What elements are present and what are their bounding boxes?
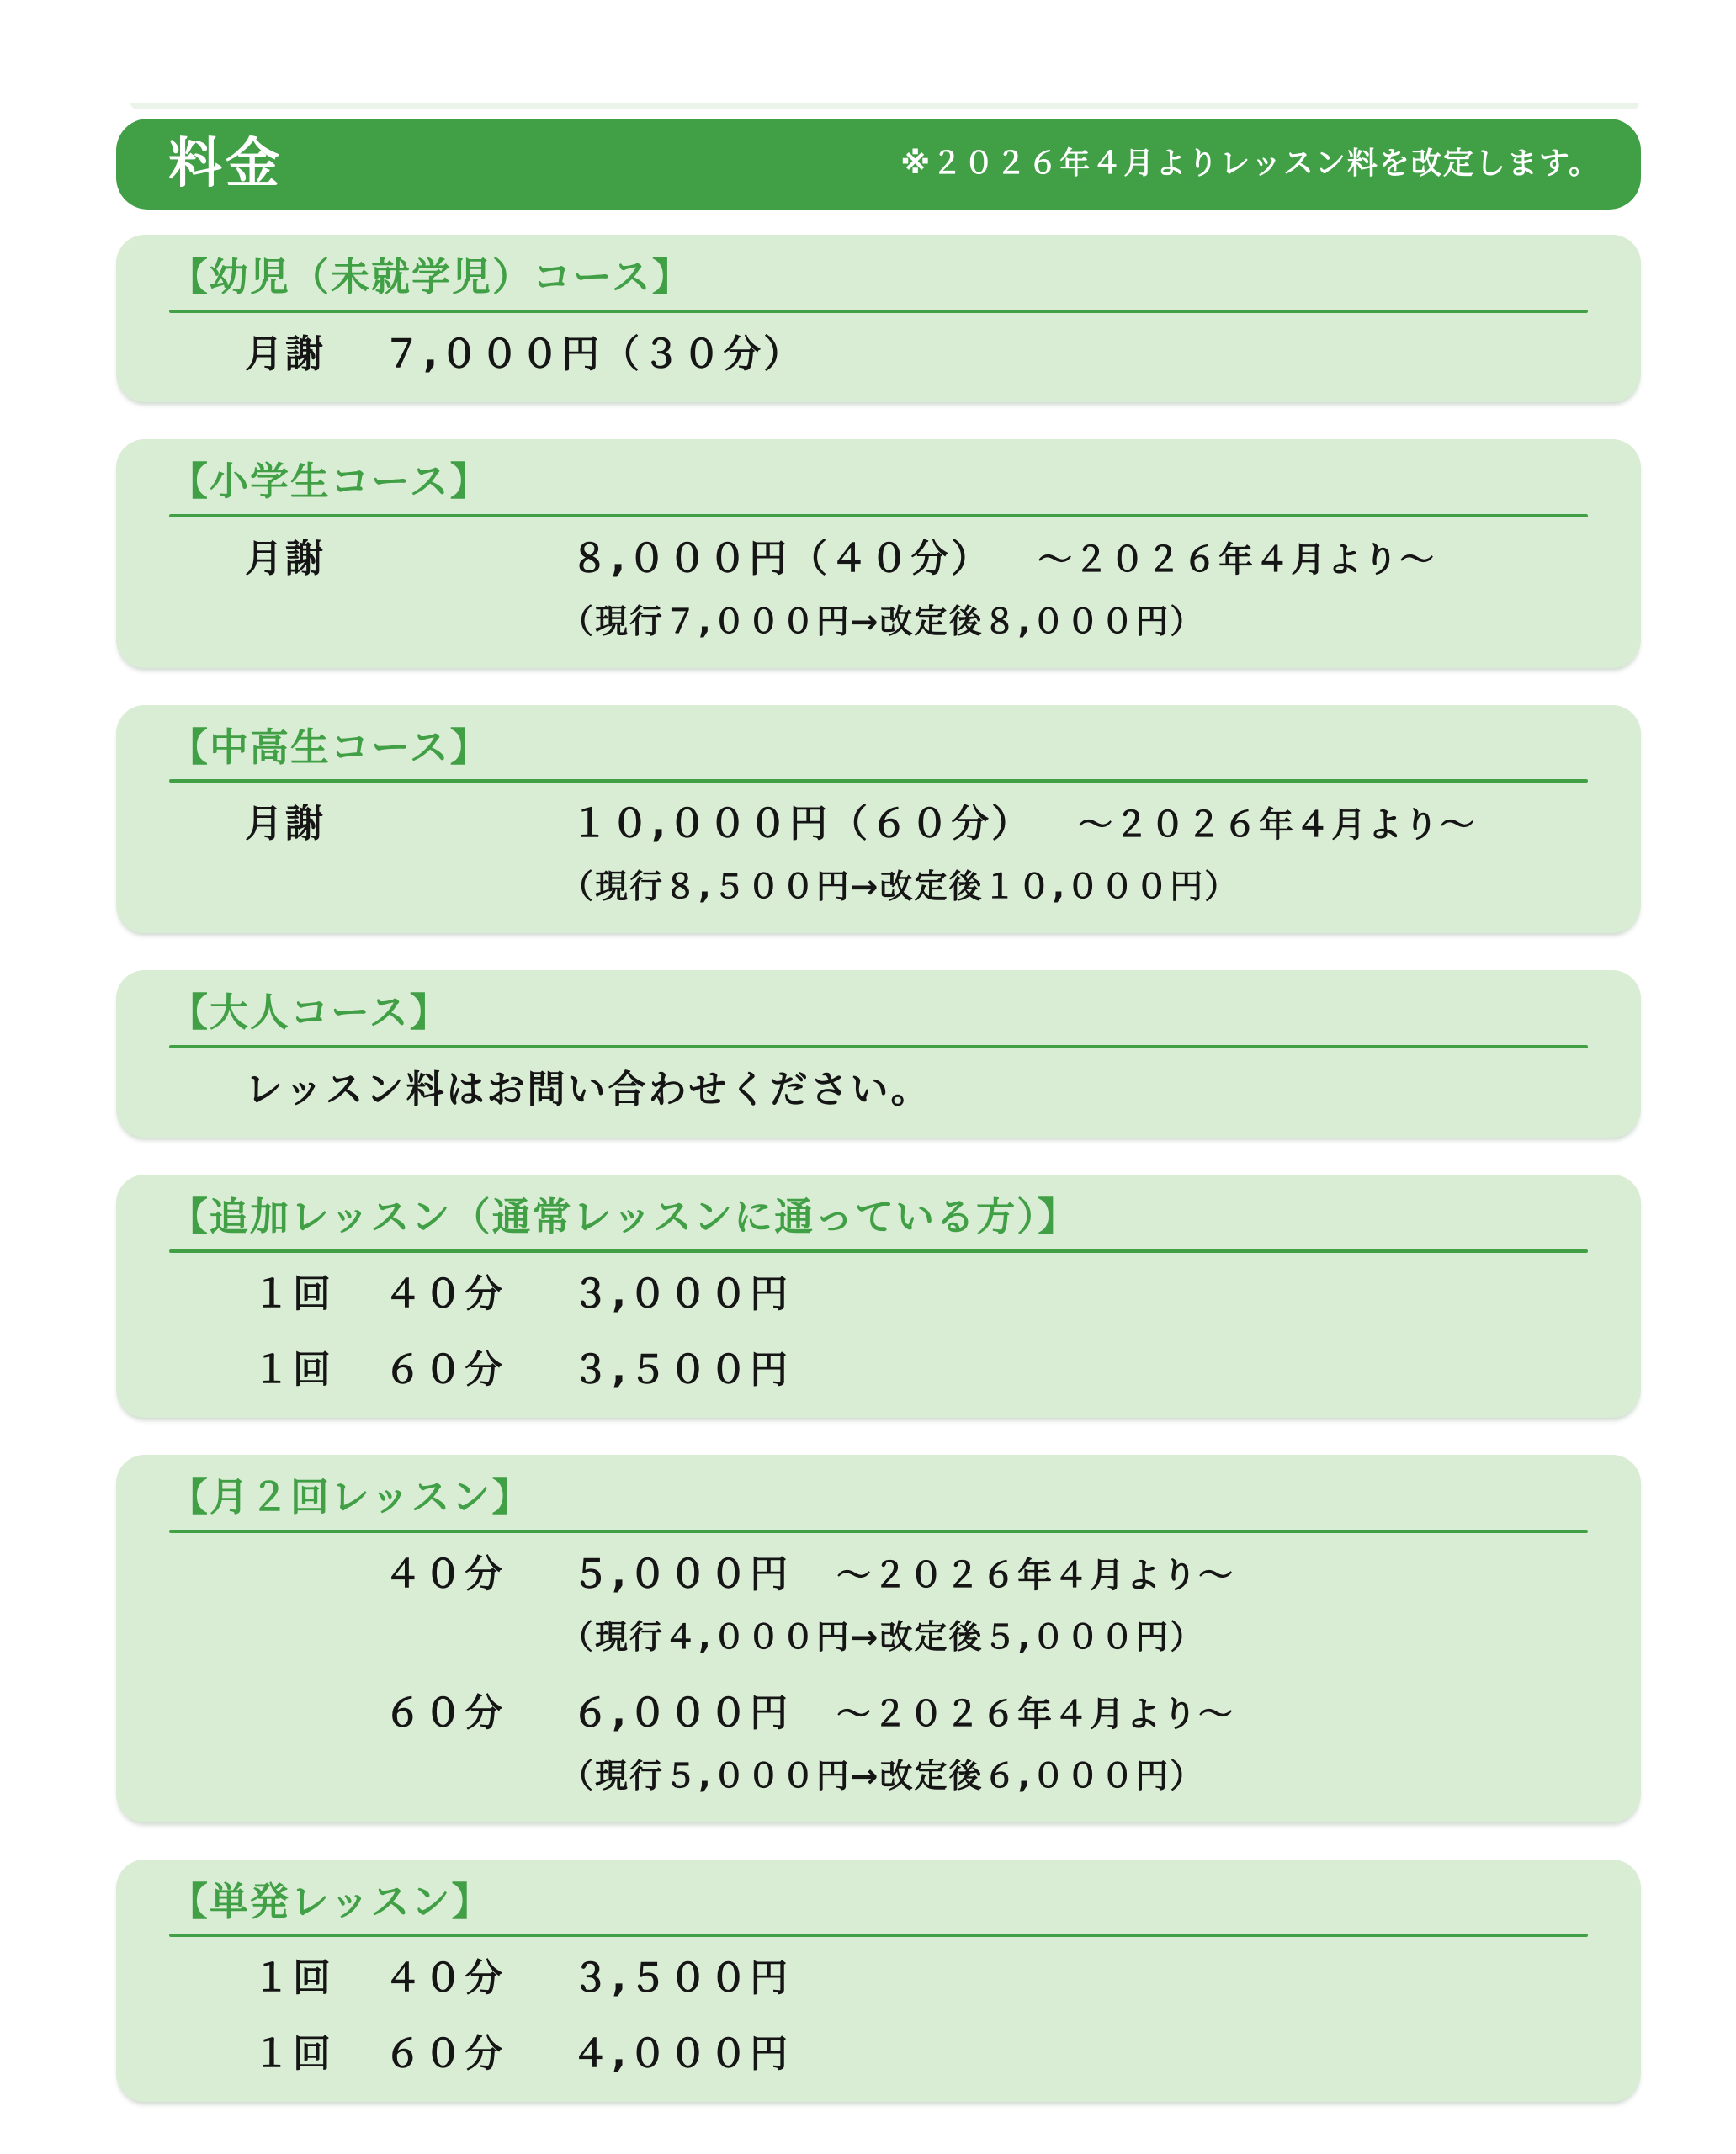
price-cell: ４,０００円 xyxy=(571,2031,790,2077)
fee-row: １回４０分３,５００円 xyxy=(116,1955,1641,2001)
card-adult-course: 【大人コース】 レッスン料はお問い合わせください。 xyxy=(116,970,1641,1138)
duration-cell: ６０分 xyxy=(384,1690,571,1736)
effective-date-note: ～２０２６年４月より～ xyxy=(1038,539,1436,581)
duration-cell: ４０分 xyxy=(384,1271,571,1317)
duration-cell: ６０分 xyxy=(384,2031,571,2077)
revision-detail: （現行７,０００円→改定後８,０００円） xyxy=(116,603,1641,643)
title-underline xyxy=(169,1530,1588,1533)
effective-date-note: ～２０２６年４月より～ xyxy=(836,1555,1234,1596)
course-title: 【追加レッスン（通常レッスンに通っている方）】 xyxy=(169,1195,1588,1239)
card-preschool-course: 【幼児（未就学児）コース】 月謝７,０００円（３０分） xyxy=(116,235,1641,402)
fee-row: ４０分５,０００円～２０２６年４月より～ xyxy=(116,1552,1641,1597)
fee-row: １回４０分３,０００円 xyxy=(116,1271,1641,1317)
page-header: 料金 ※２０２６年４月よりレッスン料を改定します。 xyxy=(116,119,1641,210)
course-title: 【大人コース】 xyxy=(169,990,1588,1035)
fee-row: １回６０分４,０００円 xyxy=(116,2031,1641,2077)
course-title: 【中高生コース】 xyxy=(169,725,1588,770)
fee-label: 月謝 xyxy=(245,332,383,377)
title-underline xyxy=(169,1249,1588,1253)
title-underline xyxy=(169,1934,1588,1937)
revision-detail: （現行８,５００円→改定後１０,０００円） xyxy=(116,868,1641,908)
card-additional-lesson: 【追加レッスン（通常レッスンに通っている方）】 １回４０分３,０００円 １回６０… xyxy=(116,1175,1641,1418)
course-title: 【単発レッスン】 xyxy=(169,1880,1588,1924)
title-underline xyxy=(169,310,1588,313)
previous-card-edge xyxy=(130,103,1639,109)
fee-label: 月謝 xyxy=(245,801,571,846)
course-title: 【幼児（未就学児）コース】 xyxy=(169,255,1588,300)
header-revision-note: ※２０２６年４月よりレッスン料を改定します。 xyxy=(900,149,1601,179)
effective-date-note: ～２０２６年４月より～ xyxy=(836,1694,1234,1735)
count-cell: １回 xyxy=(252,1955,384,2001)
title-underline xyxy=(169,514,1588,517)
fee-row: ６０分６,０００円～２０２６年４月より～ xyxy=(116,1690,1641,1736)
contact-text: レッスン料はお問い合わせください。 xyxy=(116,1067,1641,1112)
course-title: 【小学生コース】 xyxy=(169,459,1588,504)
title-underline xyxy=(169,779,1588,783)
pricing-page: 料金 ※２０２６年４月よりレッスン料を改定します。 【幼児（未就学児）コース】 … xyxy=(0,0,1736,2102)
price-cell: ３,０００円 xyxy=(571,1271,790,1317)
price-cell: ５,０００円 xyxy=(571,1552,790,1597)
count-cell: １回 xyxy=(252,1347,384,1393)
fee-value: １０,０００円（６０分） xyxy=(571,801,1032,846)
card-junior-senior-high-course: 【中高生コース】 月謝１０,０００円（６０分）～２０２６年４月より～ （現行８,… xyxy=(116,705,1641,934)
fee-value: ７,０００円（３０分） xyxy=(383,332,804,377)
title-underline xyxy=(169,1045,1588,1048)
effective-date-note: ～２０２６年４月より～ xyxy=(1078,804,1476,846)
revision-detail: （現行５,０００円→改定後６,０００円） xyxy=(116,1758,1641,1797)
duration-cell: ４０分 xyxy=(384,1955,571,2001)
duration-cell: ６０分 xyxy=(384,1347,571,1393)
card-elementary-course: 【小学生コース】 月謝８,０００円（４０分）～２０２６年４月より～ （現行７,０… xyxy=(116,439,1641,668)
duration-cell: ４０分 xyxy=(384,1552,571,1597)
price-cell: ３,５００円 xyxy=(571,1347,790,1393)
price-cell: ３,５００円 xyxy=(571,1955,790,2001)
fee-value: ８,０００円（４０分） xyxy=(571,536,991,581)
fee-row: 月謝１０,０００円（６０分）～２０２６年４月より～ xyxy=(116,801,1641,846)
course-title: 【月２回レッスン】 xyxy=(169,1475,1588,1520)
fee-row: １回６０分３,５００円 xyxy=(116,1347,1641,1393)
price-cell: ６,０００円 xyxy=(571,1690,790,1736)
fee-row: 月謝８,０００円（４０分）～２０２６年４月より～ xyxy=(116,536,1641,581)
fee-label: 月謝 xyxy=(245,536,571,581)
count-cell: １回 xyxy=(252,2031,384,2077)
card-single-lesson: 【単発レッスン】 １回４０分３,５００円 １回６０分４,０００円 xyxy=(116,1860,1641,2103)
page-title: 料金 xyxy=(168,137,283,191)
count-cell: １回 xyxy=(252,1271,384,1317)
revision-detail: （現行４,０００円→改定後５,０００円） xyxy=(116,1619,1641,1658)
card-twice-a-month-lesson: 【月２回レッスン】 ４０分５,０００円～２０２６年４月より～ （現行４,０００円… xyxy=(116,1455,1641,1822)
fee-row: 月謝７,０００円（３０分） xyxy=(116,332,1641,377)
